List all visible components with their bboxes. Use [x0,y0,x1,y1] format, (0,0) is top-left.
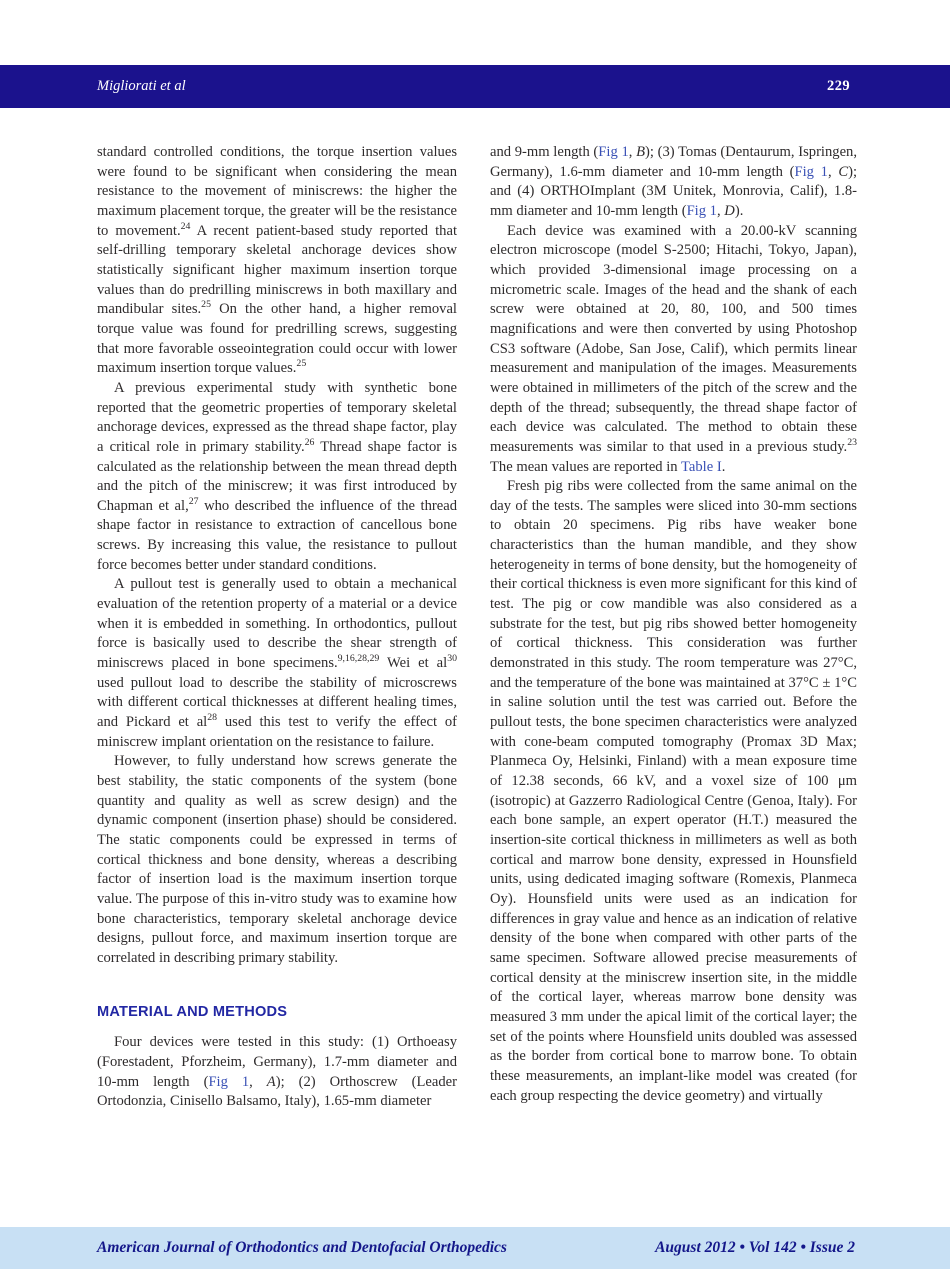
left-column: standard controlled conditions, the torq… [97,143,457,1112]
citation-superscript: 25 [201,299,211,310]
paragraph: However, to fully understand how screws … [97,752,457,968]
italic-figure-letter: D [724,203,735,219]
journal-page: Migliorati et al 229 standard controlled… [0,0,950,1272]
fig1-link[interactable]: Fig 1 [208,1074,249,1090]
journal-title: American Journal of Orthodontics and Den… [97,1239,507,1257]
text-run: , [249,1074,267,1090]
paragraph: Fresh pig ribs were collected from the s… [490,477,857,1106]
citation-superscript: 27 [189,496,199,507]
right-column: and 9-mm length (Fig 1, B); (3) Tomas (D… [490,143,857,1112]
section-heading: MATERIAL AND METHODS [97,1003,457,1023]
citation-superscript: 26 [305,437,315,448]
issue-info: August 2012 • Vol 142 • Issue 2 [655,1239,855,1257]
citation-superscript: 25 [296,358,306,369]
fig1-link[interactable]: Fig 1 [795,164,828,180]
italic-figure-letter: C [838,164,848,180]
fig1-link[interactable]: Fig 1 [598,144,628,160]
citation-superscript: 30 [447,653,457,664]
paragraph: Each device was examined with a 20.00-kV… [490,222,857,478]
text-run: However, to fully understand how screws … [97,753,457,966]
citation-superscript: 28 [207,712,217,723]
running-footer: American Journal of Orthodontics and Den… [0,1227,950,1269]
citation-superscript: 9,16,28,29 [338,653,380,664]
page-number: 229 [827,78,850,95]
paragraph: standard controlled conditions, the torq… [97,143,457,379]
text-run: , [629,144,636,160]
text-run: . [722,459,726,475]
italic-figure-letter: A [267,1074,276,1090]
table1-link[interactable]: Table I [681,459,722,475]
paragraph: A pullout test is generally used to obta… [97,575,457,752]
italic-figure-letter: B [636,144,645,160]
citation-superscript: 23 [847,437,857,448]
citation-superscript: 24 [181,221,191,232]
paragraph: A previous experimental study with synth… [97,379,457,576]
text-run: ). [735,203,744,219]
text-run: , [828,164,838,180]
paragraph: and 9-mm length (Fig 1, B); (3) Tomas (D… [490,143,857,222]
paragraph: Four devices were tested in this study: … [97,1033,457,1112]
text-run: The mean values are reported in [490,459,681,475]
running-author: Migliorati et al [97,78,186,95]
text-run: Each device was examined with a 20.00-kV… [490,223,857,455]
running-header: Migliorati et al 229 [0,65,950,108]
fig1-link[interactable]: Fig 1 [687,203,717,219]
text-run: and 9-mm length ( [490,144,598,160]
text-run: Fresh pig ribs were collected from the s… [490,478,857,1103]
article-body: standard controlled conditions, the torq… [97,143,857,1112]
text-run: Wei et al [379,655,447,671]
